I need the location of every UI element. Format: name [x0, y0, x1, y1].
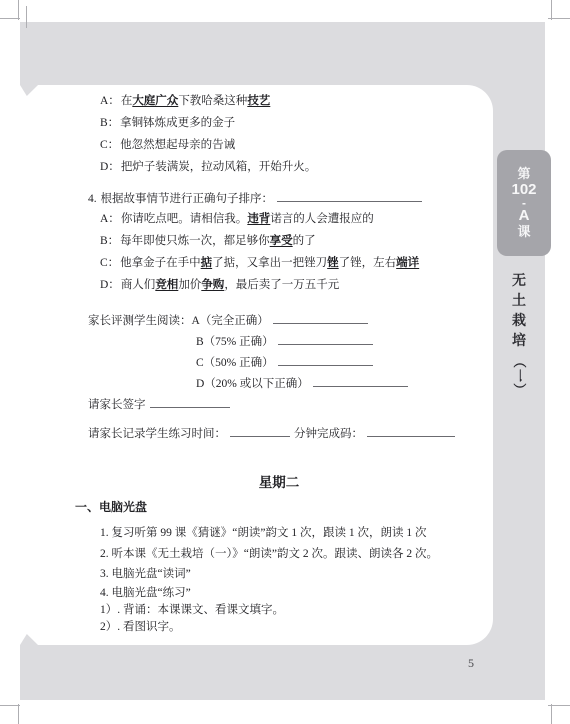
choice-text: 把炉子装满炭，拉动风箱，开始升火。	[121, 161, 317, 173]
choice-line-a: A：你请吃点吧。请相信我。违背诺言的人会遭报应的	[100, 212, 374, 226]
choice-line-c: C：他忽然想起母亲的告诫	[100, 138, 235, 152]
crop-mark	[18, 0, 19, 20]
time-record-mid: 分钟完成码：	[294, 428, 363, 440]
choice-text: 的了	[293, 235, 316, 247]
task-item: 1. 复习听第 99 课《猜谜》“朗读”韵文 1 次，跟读 1 次，朗读 1 次	[100, 526, 426, 540]
signature-blank[interactable]	[150, 396, 230, 408]
lesson-tab-suffix: 课	[517, 224, 530, 240]
grade-desc: （75% 正确）	[204, 336, 274, 348]
choice-text: 了锉，左右	[339, 257, 397, 269]
choice-text: 加价	[178, 279, 201, 291]
choice-label: D：	[100, 161, 120, 173]
choice-text: 了掂，又拿出一把锉刀	[212, 257, 327, 269]
lesson-title-suffix: （一）	[509, 355, 529, 397]
choice-label: C：	[100, 139, 119, 151]
lesson-title-char: 培	[512, 332, 526, 352]
choice-text: 诺言的人会遭报应的	[270, 213, 374, 225]
lesson-tab-prefix: 第	[517, 166, 530, 182]
choice-label: C：	[100, 257, 119, 269]
keyword: 端详	[396, 257, 419, 269]
weekday-heading: 星期二	[88, 476, 470, 490]
crop-mark	[18, 704, 19, 724]
choice-line-b: B：拿铜钵炼成更多的金子	[100, 116, 235, 130]
answer-blank[interactable]	[277, 190, 422, 202]
task-item: 2. 听本课《无土栽培（一）》“朗读”韵文 2 次。跟读、朗读各 2 次。	[100, 547, 438, 561]
question-number: 4.	[88, 193, 97, 205]
keyword: 违背	[247, 213, 270, 225]
grade-label: C	[196, 357, 204, 369]
choice-text: ，最后卖了一万五千元	[224, 279, 339, 291]
choice-text: 商人们	[121, 279, 156, 291]
lesson-title-vertical: 无 土 栽 培 （一）	[493, 272, 545, 386]
crop-mark	[551, 704, 552, 724]
choice-line-c: C：他拿金子在手中掂了掂，又拿出一把锉刀锉了锉，左右端详	[100, 256, 419, 270]
choice-line-b: B：每年即使只炼一次，都足够你享受的了	[100, 234, 316, 248]
choice-label: A：	[100, 213, 120, 225]
choice-text: 下教哈桑这种	[178, 95, 247, 107]
grade-label: A	[192, 315, 200, 327]
keyword: 竞相	[155, 279, 178, 291]
keyword: 锉	[327, 257, 339, 269]
lesson-title-char: 无	[512, 272, 526, 292]
grade-desc: （50% 正确）	[204, 357, 274, 369]
choice-line-d: D：把炉子装满炭，拉动风箱，开始升火。	[100, 160, 316, 174]
grade-label: B	[196, 336, 204, 348]
crop-mark	[26, 6, 27, 28]
workbook-page: 第 102 - A 课 无 土 栽 培 （一） A：在大庭广众下教哈桑这种技艺 …	[0, 0, 570, 724]
grade-desc: （20% 或以下正确）	[204, 378, 308, 390]
keyword: 大庭广众	[132, 95, 178, 107]
choice-line-a: A：在大庭广众下教哈桑这种技艺	[100, 94, 270, 108]
choice-text: 他拿金子在手中	[120, 257, 201, 269]
signature-line: 请家长签字	[88, 396, 234, 412]
lesson-title-char: 土	[512, 292, 526, 312]
lesson-tab: 第 102 - A 课	[497, 150, 551, 256]
crop-mark	[548, 705, 570, 706]
keyword: 技艺	[247, 95, 270, 107]
choice-text: 你请吃点吧。请相信我。	[121, 213, 248, 225]
section-title: 一、电脑光盘	[75, 500, 147, 514]
code-blank[interactable]	[367, 425, 455, 437]
keyword: 掂	[201, 257, 213, 269]
time-record-line: 请家长记录学生练习时间：分钟完成码：	[88, 425, 459, 441]
choice-line-d: D：商人们竞相加价争购，最后卖了一万五千元	[100, 278, 339, 292]
choice-text: 每年即使只炼一次，都足够你	[120, 235, 270, 247]
choice-label: B：	[100, 117, 119, 129]
question-text: 根据故事情节进行正确句子排序：	[101, 193, 274, 205]
choice-label: A：	[100, 95, 120, 107]
grade-desc: （完全正确）	[200, 315, 269, 327]
choice-text: 拿铜钵炼成更多的金子	[120, 117, 235, 129]
grade-blank[interactable]	[313, 375, 408, 387]
choice-label: B：	[100, 235, 119, 247]
crop-mark	[551, 0, 552, 20]
choice-text: 他忽然想起母亲的告诫	[120, 139, 235, 151]
crop-mark	[0, 705, 20, 706]
grade-blank[interactable]	[278, 333, 373, 345]
crop-mark	[548, 18, 570, 19]
grade-blank[interactable]	[273, 312, 368, 324]
choice-text: 在	[121, 95, 133, 107]
time-record-lead: 请家长记录学生练习时间：	[88, 428, 226, 440]
task-subitem: 1）. 背诵：本课课文、看课文填字。	[100, 603, 284, 617]
evaluation-grade-line: D（20% 或以下正确）	[196, 375, 412, 391]
lesson-tab-letter: A	[519, 208, 530, 224]
task-item: 4. 电脑光盘“练习”	[100, 586, 191, 600]
evaluation-grade-line: C（50% 正确）	[196, 354, 377, 370]
grade-blank[interactable]	[278, 354, 373, 366]
lesson-title-char: 栽	[512, 312, 526, 332]
choice-label: D：	[100, 279, 120, 291]
task-subitem: 2）. 看图识字。	[100, 620, 181, 634]
keyword: 享受	[270, 235, 293, 247]
page-number: 5	[468, 656, 474, 671]
evaluation-lead: 家长评测学生阅读：	[88, 315, 192, 327]
crop-mark	[0, 18, 20, 19]
evaluation-lead-line: 家长评测学生阅读：A（完全正确）	[88, 312, 372, 328]
keyword: 争购	[201, 279, 224, 291]
task-item: 3. 电脑光盘“读词”	[100, 567, 191, 581]
minutes-blank[interactable]	[230, 425, 290, 437]
signature-label: 请家长签字	[88, 399, 146, 411]
evaluation-grade-line: B（75% 正确）	[196, 333, 377, 349]
question-4: 4. 根据故事情节进行正确句子排序：	[88, 190, 426, 206]
